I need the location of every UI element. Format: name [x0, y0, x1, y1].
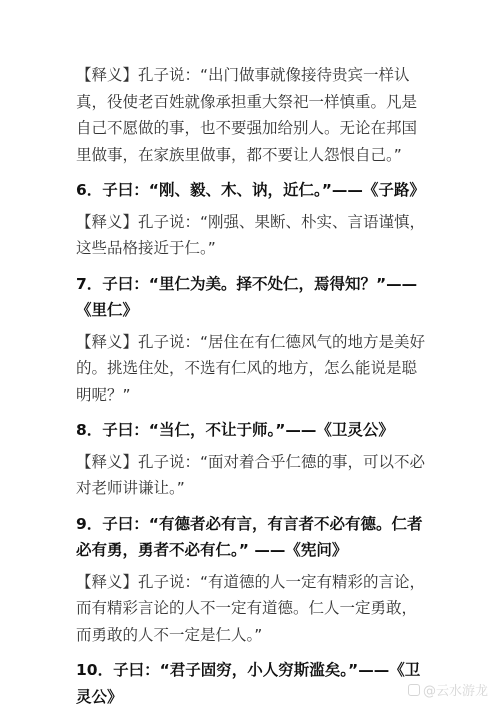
- quote-heading-6: 6．子曰：“刚、毅、木、讷，近仁。”——《子路》: [76, 177, 428, 204]
- quote-heading-8: 8．子曰：“当仁，不让于师。”——《卫灵公》: [76, 417, 428, 444]
- quote-heading-7: 7．子曰：“里仁为美。择不处仁，焉得知？”——《里仁》: [76, 271, 428, 324]
- explanation-paragraph-9: 【释义】孔子说：“有道德的人一定有精彩的言论，而有精彩言论的人不一定有道德。仁人…: [76, 569, 428, 649]
- watermark: @云水游龙: [408, 680, 488, 699]
- explanation-paragraph-6: 【释义】孔子说：“刚强、果断、朴实、言语谨慎，这些品格接近于仁。”: [76, 209, 428, 262]
- watermark-text: @云水游龙: [423, 680, 488, 699]
- explanation-paragraph-7: 【释义】孔子说：“居住在有仁德风气的地方是美好的。挑选住处，不选有仁风的地方，怎…: [76, 329, 428, 409]
- document-body: 【释义】孔子说：“出门做事就像接待贵宾一样认真，役使老百姓就像承担重大祭祀一样慎…: [76, 62, 428, 707]
- quote-heading-10: 10．子曰：“君子固穷，小人穷斯滥矣。”——《卫灵公》: [76, 657, 428, 707]
- quote-heading-9: 9．子曰：“有德者必有言，有言者不必有德。仁者必有勇，勇者不必有仁。” ——《宪…: [76, 511, 428, 564]
- platform-logo-icon: [408, 684, 420, 696]
- explanation-paragraph-5: 【释义】孔子说：“出门做事就像接待贵宾一样认真，役使老百姓就像承担重大祭祀一样慎…: [76, 62, 428, 168]
- explanation-paragraph-8: 【释义】孔子说：“面对着合乎仁德的事，可以不必对老师讲谦让。”: [76, 449, 428, 502]
